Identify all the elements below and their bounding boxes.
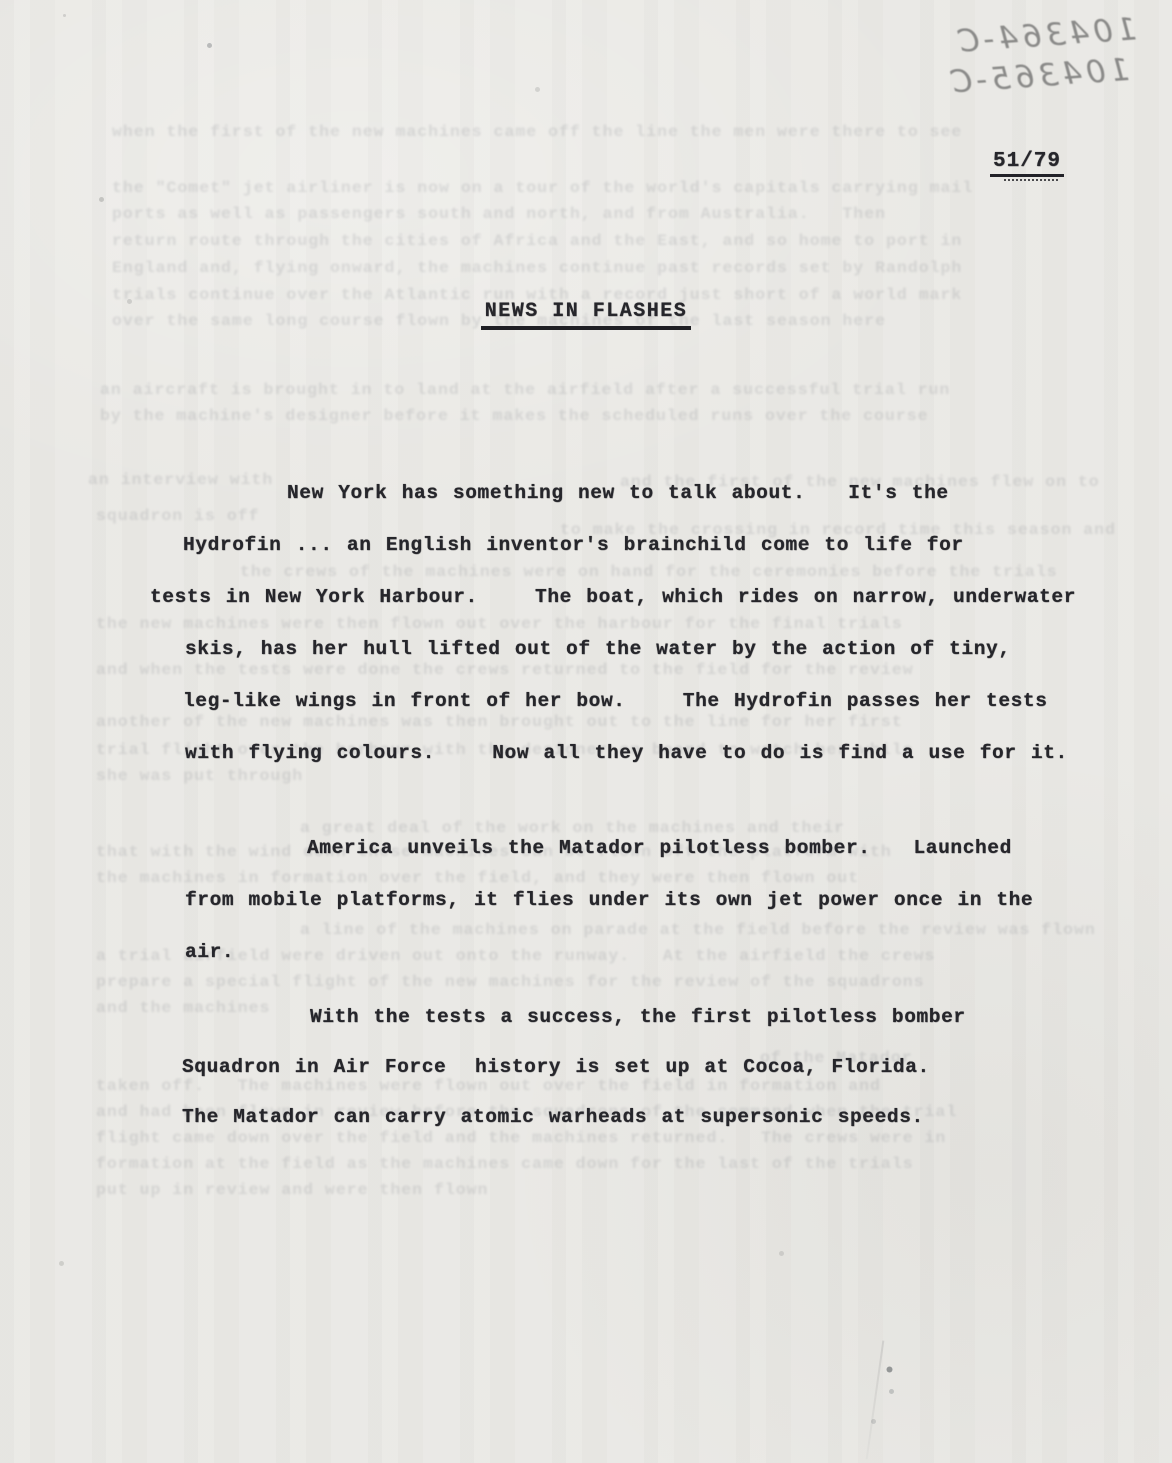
bleedthrough-line: formation at the field as the machines c…	[96, 1154, 914, 1172]
typed-line: Squadron in Air Force history is set up …	[182, 1042, 966, 1092]
typed-line: The Matador can carry atomic warheads at…	[182, 1092, 966, 1142]
bleedthrough-line: when the first of the new machines came …	[112, 122, 962, 140]
bleedthrough-line: England and, flying onward, the machines…	[112, 258, 962, 276]
typed-line: Hydrofin ... an English inventor's brain…	[183, 519, 1076, 571]
typed-line: air.	[185, 926, 1033, 978]
document-title: NEWS IN FLASHES	[481, 300, 692, 330]
typed-line: from mobile platforms, it flies under it…	[185, 874, 1033, 926]
bleedthrough-line: ports as well as passengers south and no…	[112, 204, 886, 222]
paragraph-matador-unveil: America unveils the Matador pilotless bo…	[185, 822, 1033, 978]
bleedthrough-line: an aircraft is brought in to land at the…	[100, 380, 950, 398]
typed-line: skis, has her hull lifted out of the wat…	[185, 623, 1076, 675]
bleedthrough-line: put up in review and were then flown	[96, 1180, 488, 1198]
paragraph-hydrofin: New York has something new to talk about…	[150, 467, 1076, 779]
bleedthrough-line: return route through the cities of Afric…	[112, 231, 962, 249]
paragraph-matador-squadron: With the tests a success, the first pilo…	[182, 992, 966, 1142]
typed-line: tests in New York Harbour. The boat, whi…	[150, 571, 1076, 623]
handwritten-reference-numbers: 104364-C 104365-C	[942, 9, 1140, 102]
typed-line: leg-like wings in front of her bow. The …	[183, 675, 1076, 727]
bleedthrough-line: the "Comet" jet airliner is now on a tou…	[112, 178, 973, 196]
typed-line: New York has something new to talk about…	[287, 467, 1076, 519]
typed-line: with flying colours. Now all they have t…	[185, 727, 1076, 779]
typed-line: America unveils the Matador pilotless bo…	[307, 822, 1033, 874]
page-number: 51/79	[990, 150, 1064, 177]
typed-line: With the tests a success, the first pilo…	[310, 992, 966, 1042]
document-page: when the first of the new machines came …	[0, 0, 1172, 1463]
bleedthrough-line: by the machine's designer before it make…	[100, 406, 929, 424]
